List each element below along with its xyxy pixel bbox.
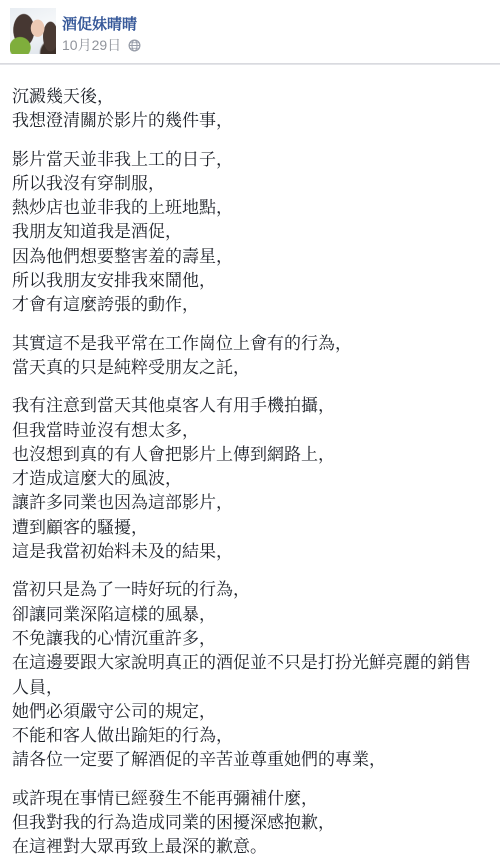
globe-privacy-icon <box>128 39 141 52</box>
post-paragraph: 沉澱幾天後， 我想澄清關於影片的幾件事， <box>12 85 492 134</box>
post-paragraph: 或許現在事情已經發生不能再彌補什麼， 但我對我的行為造成同業的困擾深感抱歉， 在… <box>12 787 492 860</box>
timestamp-link[interactable]: 10月29日 <box>62 35 121 55</box>
post-paragraph: 其實這不是我平常在工作崗位上會有的行為， 當天真的只是純粹受朋友之託， <box>12 332 492 381</box>
post-body: 沉澱幾天後， 我想澄清關於影片的幾件事， 影片當天並非我上工的日子， 所以我沒有… <box>0 65 500 860</box>
post-meta: 10月29日 <box>62 35 141 55</box>
post-header: 酒促妹晴晴 10月29日 <box>0 0 500 63</box>
facebook-post: 酒促妹晴晴 10月29日 沉澱幾天後， 我想澄清關於影片的幾件事， 影片當天並非… <box>0 0 500 864</box>
post-paragraph: 影片當天並非我上工的日子， 所以我沒有穿制服， 熱炒店也並非我的上班地點， 我朋… <box>12 148 492 318</box>
author-name-link[interactable]: 酒促妹晴晴 <box>62 13 137 34</box>
post-paragraph: 當初只是為了一時好玩的行為， 卻讓同業深陷這樣的風暴， 不免讓我的心情沉重許多，… <box>12 578 492 772</box>
avatar[interactable] <box>10 8 56 54</box>
post-paragraph: 我有注意到當天其他桌客人有用手機拍攝， 但我當時並沒有想太多， 也沒想到真的有人… <box>12 394 492 564</box>
